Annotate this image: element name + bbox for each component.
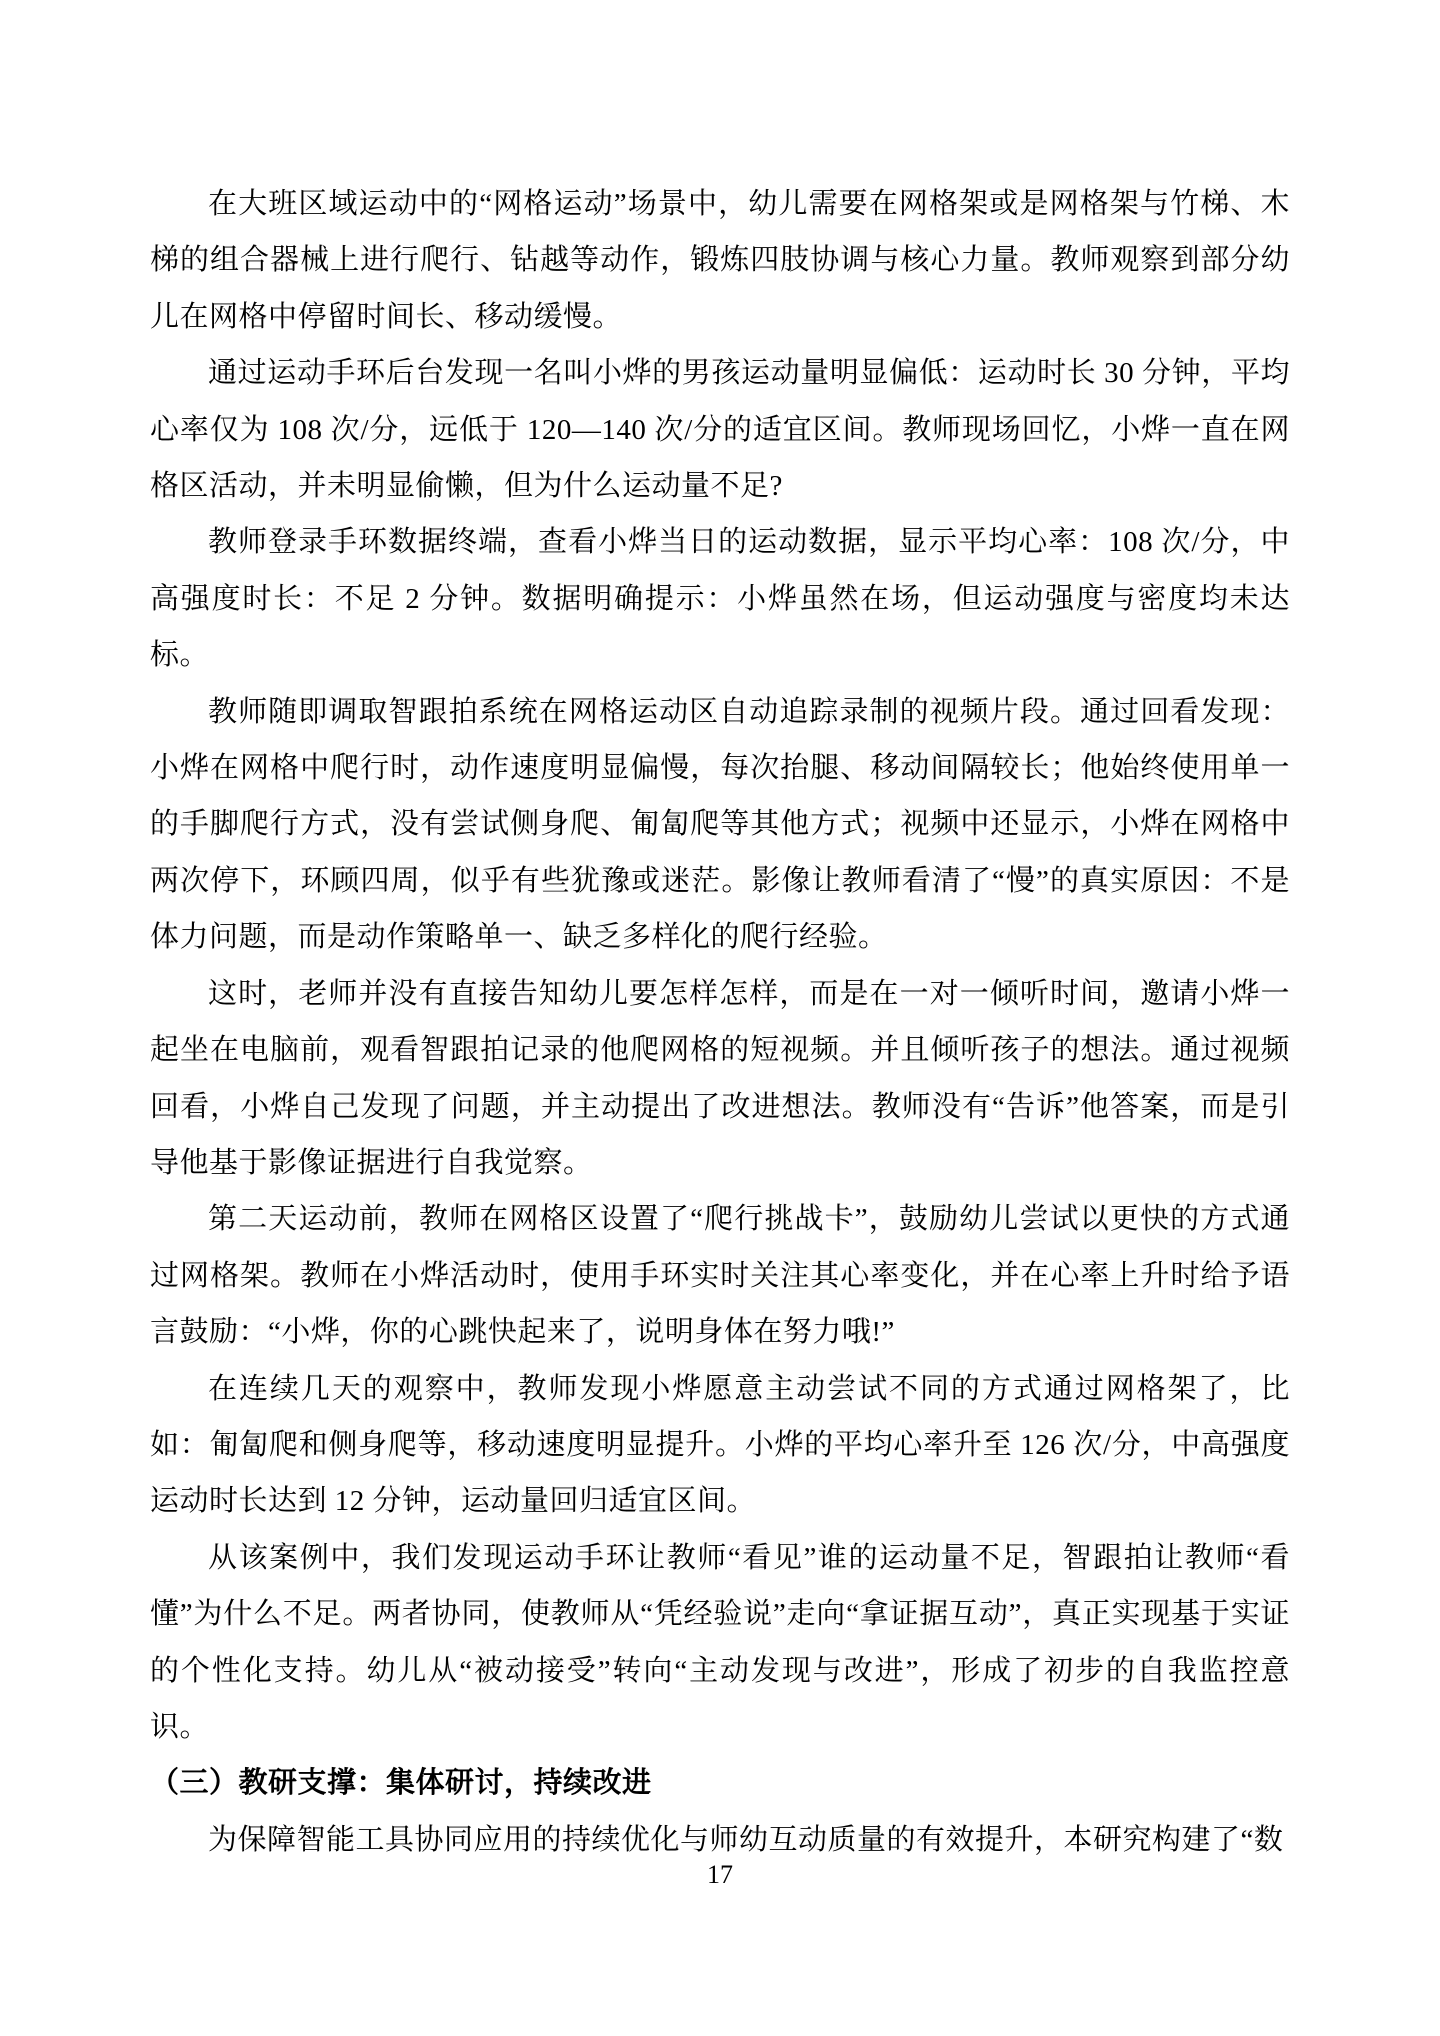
document-page: 在大班区域运动中的“网格运动”场景中，幼儿需要在网格架或是网格架与竹梯、木梯的组… — [0, 0, 1440, 2036]
body-paragraph: 教师随即调取智跟拍系统在网格运动区自动追踪录制的视频片段。通过回看发现：小烨在网… — [150, 684, 1290, 966]
body-paragraph: 第二天运动前，教师在网格区设置了“爬行挑战卡”，鼓励幼儿尝试以更快的方式通过网格… — [150, 1191, 1290, 1360]
body-paragraph: 在大班区域运动中的“网格运动”场景中，幼儿需要在网格架或是网格架与竹梯、木梯的组… — [150, 176, 1290, 345]
section-heading: （三）教研支撑：集体研讨，持续改进 — [150, 1755, 1290, 1811]
body-paragraph: 教师登录手环数据终端，查看小烨当日的运动数据，显示平均心率：108 次/分，中高… — [150, 514, 1290, 683]
page-number: 17 — [0, 1860, 1440, 1890]
body-paragraph: 在连续几天的观察中，教师发现小烨愿意主动尝试不同的方式通过网格架了，比如：匍匐爬… — [150, 1361, 1290, 1530]
body-paragraph: 从该案例中，我们发现运动手环让教师“看见”谁的运动量不足，智跟拍让教师“看懂”为… — [150, 1530, 1290, 1756]
text-block: 在大班区域运动中的“网格运动”场景中，幼儿需要在网格架或是网格架与竹梯、木梯的组… — [150, 176, 1290, 1868]
body-paragraph: 通过运动手环后台发现一名叫小烨的男孩运动量明显偏低：运动时长 30 分钟，平均心… — [150, 345, 1290, 514]
body-paragraph: 这时，老师并没有直接告知幼儿要怎样怎样，而是在一对一倾听时间，邀请小烨一起坐在电… — [150, 966, 1290, 1192]
